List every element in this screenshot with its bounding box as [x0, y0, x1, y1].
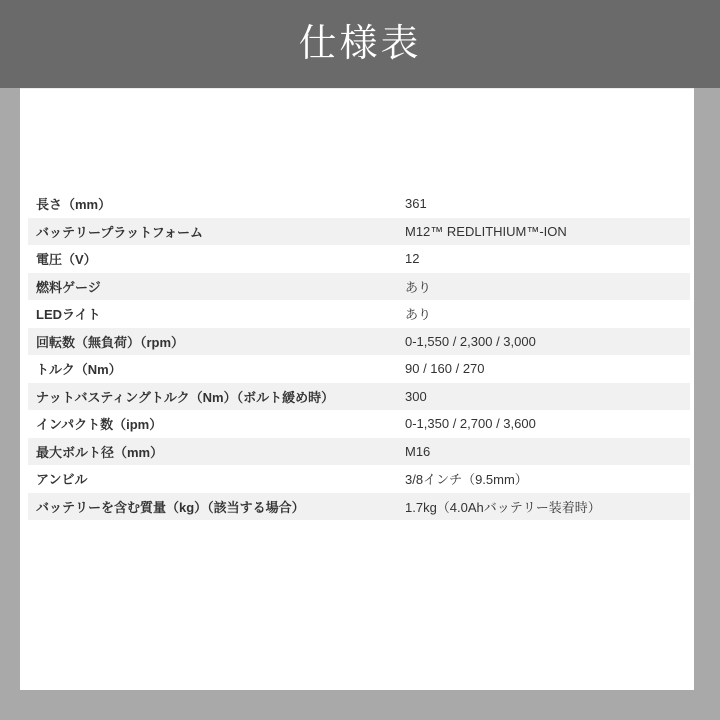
spec-value: 0-1,550 / 2,300 / 3,000	[405, 334, 690, 349]
spec-value: 3/8インチ（9.5mm）	[405, 469, 690, 488]
spec-value: あり	[405, 277, 690, 296]
spec-value: あり	[405, 304, 690, 323]
table-row: アンビル 3/8インチ（9.5mm）	[28, 465, 690, 493]
table-row: ナットバスティングトルク（Nm）（ボルト緩め時） 300	[28, 383, 690, 411]
spec-label: 電圧（V）	[36, 249, 405, 268]
spec-value: 90 / 160 / 270	[405, 361, 690, 376]
spec-label: トルク（Nm）	[36, 359, 405, 378]
table-row: 電圧（V） 12	[28, 245, 690, 273]
table-row: バッテリープラットフォーム M12™ REDLITHIUM™-ION	[28, 218, 690, 246]
table-row: 回転数（無負荷）（rpm） 0-1,550 / 2,300 / 3,000	[28, 328, 690, 356]
spec-value: 300	[405, 389, 690, 404]
table-row: バッテリーを含む質量（kg）（該当する場合） 1.7kg（4.0Ahバッテリー装…	[28, 493, 690, 521]
spec-value: M16	[405, 444, 690, 459]
spec-label: アンビル	[36, 469, 405, 488]
header-band: 仕様表	[0, 0, 720, 88]
spec-label: 燃料ゲージ	[36, 277, 405, 296]
spec-value: 0-1,350 / 2,700 / 3,600	[405, 416, 690, 431]
spec-label: 回転数（無負荷）（rpm）	[36, 332, 405, 351]
table-row: トルク（Nm） 90 / 160 / 270	[28, 355, 690, 383]
table-row: 最大ボルト径（mm） M16	[28, 438, 690, 466]
spec-card: 長さ（mm） 361 バッテリープラットフォーム M12™ REDLITHIUM…	[20, 88, 694, 690]
table-row: 長さ（mm） 361	[28, 190, 690, 218]
spec-label: 長さ（mm）	[36, 194, 405, 213]
spec-value: 361	[405, 196, 690, 211]
spec-label: 最大ボルト径（mm）	[36, 442, 405, 461]
page-title: 仕様表	[298, 25, 421, 63]
spec-value: 12	[405, 251, 690, 266]
spec-label: バッテリープラットフォーム	[36, 222, 405, 241]
table-row: 燃料ゲージ あり	[28, 273, 690, 301]
spec-label: インパクト数（ipm）	[36, 414, 405, 433]
spec-table: 長さ（mm） 361 バッテリープラットフォーム M12™ REDLITHIUM…	[28, 190, 690, 520]
spec-value: 1.7kg（4.0Ahバッテリー装着時）	[405, 497, 690, 516]
spec-value: M12™ REDLITHIUM™-ION	[405, 224, 690, 239]
table-row: インパクト数（ipm） 0-1,350 / 2,700 / 3,600	[28, 410, 690, 438]
table-row: LEDライト あり	[28, 300, 690, 328]
spec-label: ナットバスティングトルク（Nm）（ボルト緩め時）	[36, 387, 405, 406]
spec-label: LEDライト	[36, 304, 405, 323]
spec-label: バッテリーを含む質量（kg）（該当する場合）	[36, 497, 405, 516]
